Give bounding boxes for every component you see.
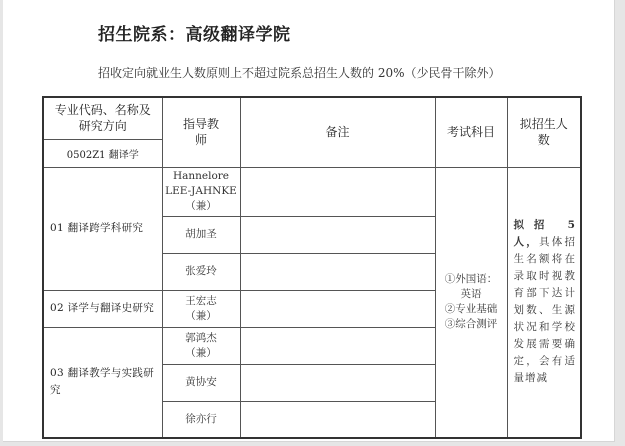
exam-subjects-cell: ①外国语： 英语 ②专业基础 ③综合测评: [435, 167, 507, 438]
remarks-cell: [240, 216, 435, 253]
tutor-parttime-tag: （兼）: [163, 199, 240, 214]
quota-description: 具体招生名额将在录取时视教育部下达计划数、生源状况和学校发展需要确定，会有适量增…: [514, 236, 577, 384]
remarks-cell: [240, 167, 435, 216]
tutor-name: 郭鸿杰: [163, 331, 240, 346]
remarks-cell: [240, 327, 435, 364]
tutor-cell: 郭鸿杰 （兼）: [162, 327, 240, 364]
exam-subject: ②专业基础: [436, 302, 507, 317]
remarks-cell: [240, 290, 435, 327]
remarks-cell: [240, 401, 435, 438]
column-header-remarks: 备注: [240, 97, 435, 167]
column-header-exam: 考试科目: [435, 97, 507, 167]
enrollment-note: 招收定向就业生人数原则上不超过院系总招生人数的 20%（少民骨干除外）: [98, 64, 501, 81]
column-header-tutor-label: 指导教师: [183, 117, 219, 147]
column-header-major-label: 专业代码、名称及研究方向: [55, 103, 151, 133]
tutor-cell: 王宏志 （兼）: [162, 290, 240, 327]
exam-subject: 英语: [436, 287, 507, 302]
tutor-parttime-tag: （兼）: [163, 346, 240, 361]
tutor-cell: Hannelore LEE-JAHNKE （兼）: [162, 167, 240, 216]
page-title: 招生院系：高级翻译学院: [98, 20, 291, 45]
tutor-cell: 胡加圣: [162, 216, 240, 253]
enrollment-table: 专业代码、名称及研究方向 指导教师 备注 考试科目 拟招生人数 0502Z1 翻…: [42, 96, 582, 439]
tutor-cell: 张爱玲: [162, 253, 240, 290]
tutor-cell: 黄协安: [162, 364, 240, 401]
tutor-name: 王宏志: [163, 294, 240, 309]
direction-01: 01 翻译跨学科研究: [43, 167, 162, 290]
remarks-cell: [240, 253, 435, 290]
exam-subject: ③综合测评: [436, 317, 507, 332]
major-code: 0502Z1 翻译学: [43, 139, 162, 167]
quota-cell: 拟招 5 人，具体招生名额将在录取时视教育部下达计划数、生源状况和学校发展需要确…: [507, 167, 581, 438]
column-header-major: 专业代码、名称及研究方向: [43, 97, 162, 139]
column-header-quota: 拟招生人数: [507, 97, 581, 167]
column-header-tutor: 指导教师: [162, 97, 240, 167]
tutor-parttime-tag: （兼）: [163, 309, 240, 324]
direction-02: 02 译学与翻译史研究: [43, 290, 162, 327]
direction-03: 03 翻译教学与实践研究: [43, 327, 162, 438]
column-header-exam-label: 考试科目: [447, 125, 495, 139]
column-header-remarks-label: 备注: [325, 125, 349, 139]
tutor-name: LEE-JAHNKE: [163, 184, 240, 199]
tutor-cell: 徐亦行: [162, 401, 240, 438]
remarks-cell: [240, 364, 435, 401]
exam-subject: ①外国语：: [436, 272, 507, 287]
column-header-quota-label: 拟招生人数: [520, 117, 568, 147]
tutor-name: Hannelore: [163, 169, 240, 184]
